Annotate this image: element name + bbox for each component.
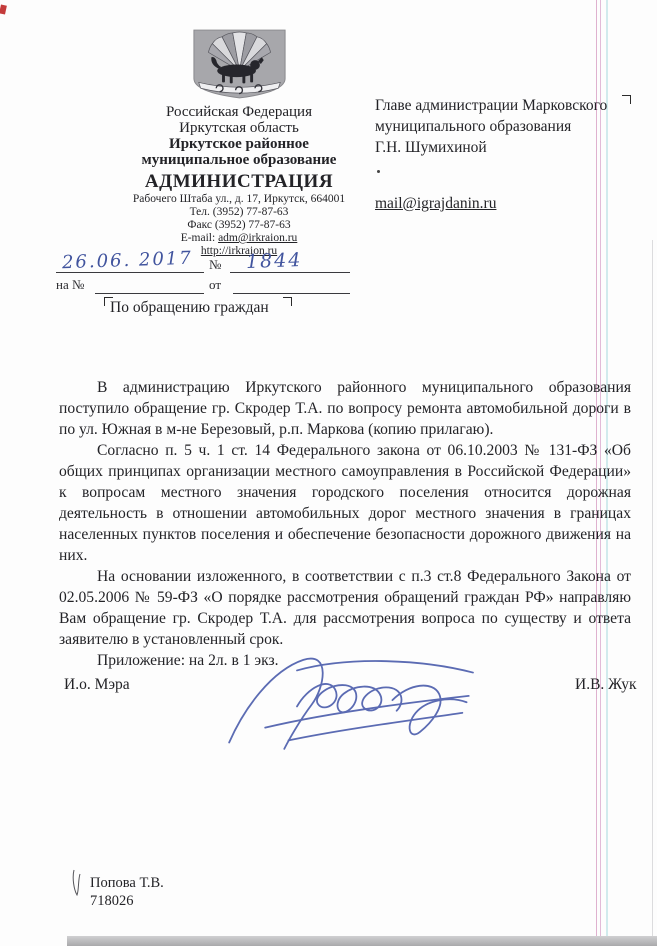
pen-tick-mark [70,868,84,898]
from-line [233,273,350,294]
letterhead-phone: Тел. (3952) 77-87-63 [58,206,420,219]
body-paragraph: Согласно п. 5 ч. 1 ст. 14 Федерального з… [59,441,631,567]
letterhead-address: Рабочего Штаба ул., д. 17, Иркутск, 6640… [58,193,420,206]
letterhead-email-line: E-mail: adm@irkraion.ru [58,232,420,245]
letter-body: В администрацию Иркутского районного мун… [59,378,631,672]
letterhead: Российская Федерация Иркутская область И… [58,28,420,258]
signature-icon [222,645,478,751]
number-sign: № [209,257,221,273]
subject-line: По обращению граждан [110,299,269,317]
letterhead-org-line1: Иркутское районное [58,136,420,152]
recipient-line3: Г.Н. Шумихиной [375,137,635,158]
reply-to-label: на № [56,277,84,293]
signer-name: И.В. Жук [575,676,637,694]
letterhead-org-name: АДМИНИСТРАЦИЯ [58,171,420,193]
letterhead-country: Российская Федерация [58,104,420,120]
handwritten-number: 1844 [246,249,303,273]
scan-edge-shadow [652,240,653,946]
signer-position: И.о. Мэра [64,676,130,694]
executor-phone: 718026 [90,892,164,910]
letterhead-region: Иркутская область [58,120,420,136]
email-link[interactable]: adm@irkraion.ru [218,232,297,244]
scanned-letter-page: Российская Федерация Иркутская область И… [0,0,657,946]
executor-block: Попова Т.В. 718026 [90,874,164,910]
recipient-line2: муниципального образования [375,116,635,137]
recipient-block: Главе администрации Марковского муниципа… [375,95,635,158]
scan-red-mark [0,4,7,14]
stray-ink-dot [377,170,380,173]
scan-bottom-shadow [67,936,657,946]
coat-of-arms-icon [191,28,288,100]
email-label: E-mail: [181,232,218,244]
corner-mark [283,297,292,306]
reply-to-line [95,273,204,294]
body-paragraph: На основании изложенного, в соответствии… [59,567,631,651]
recipient-email-link[interactable]: mail@igrajdanin.ru [375,195,496,213]
letterhead-fax: Факс (3952) 77-87-63 [58,219,420,232]
executor-name: Попова Т.В. [90,874,164,892]
recipient-line1: Главе администрации Марковского [375,95,635,116]
from-label: от [209,277,221,293]
body-paragraph: В администрацию Иркутского районного мун… [59,378,631,441]
letterhead-org-line2: муниципальное образование [58,152,420,168]
